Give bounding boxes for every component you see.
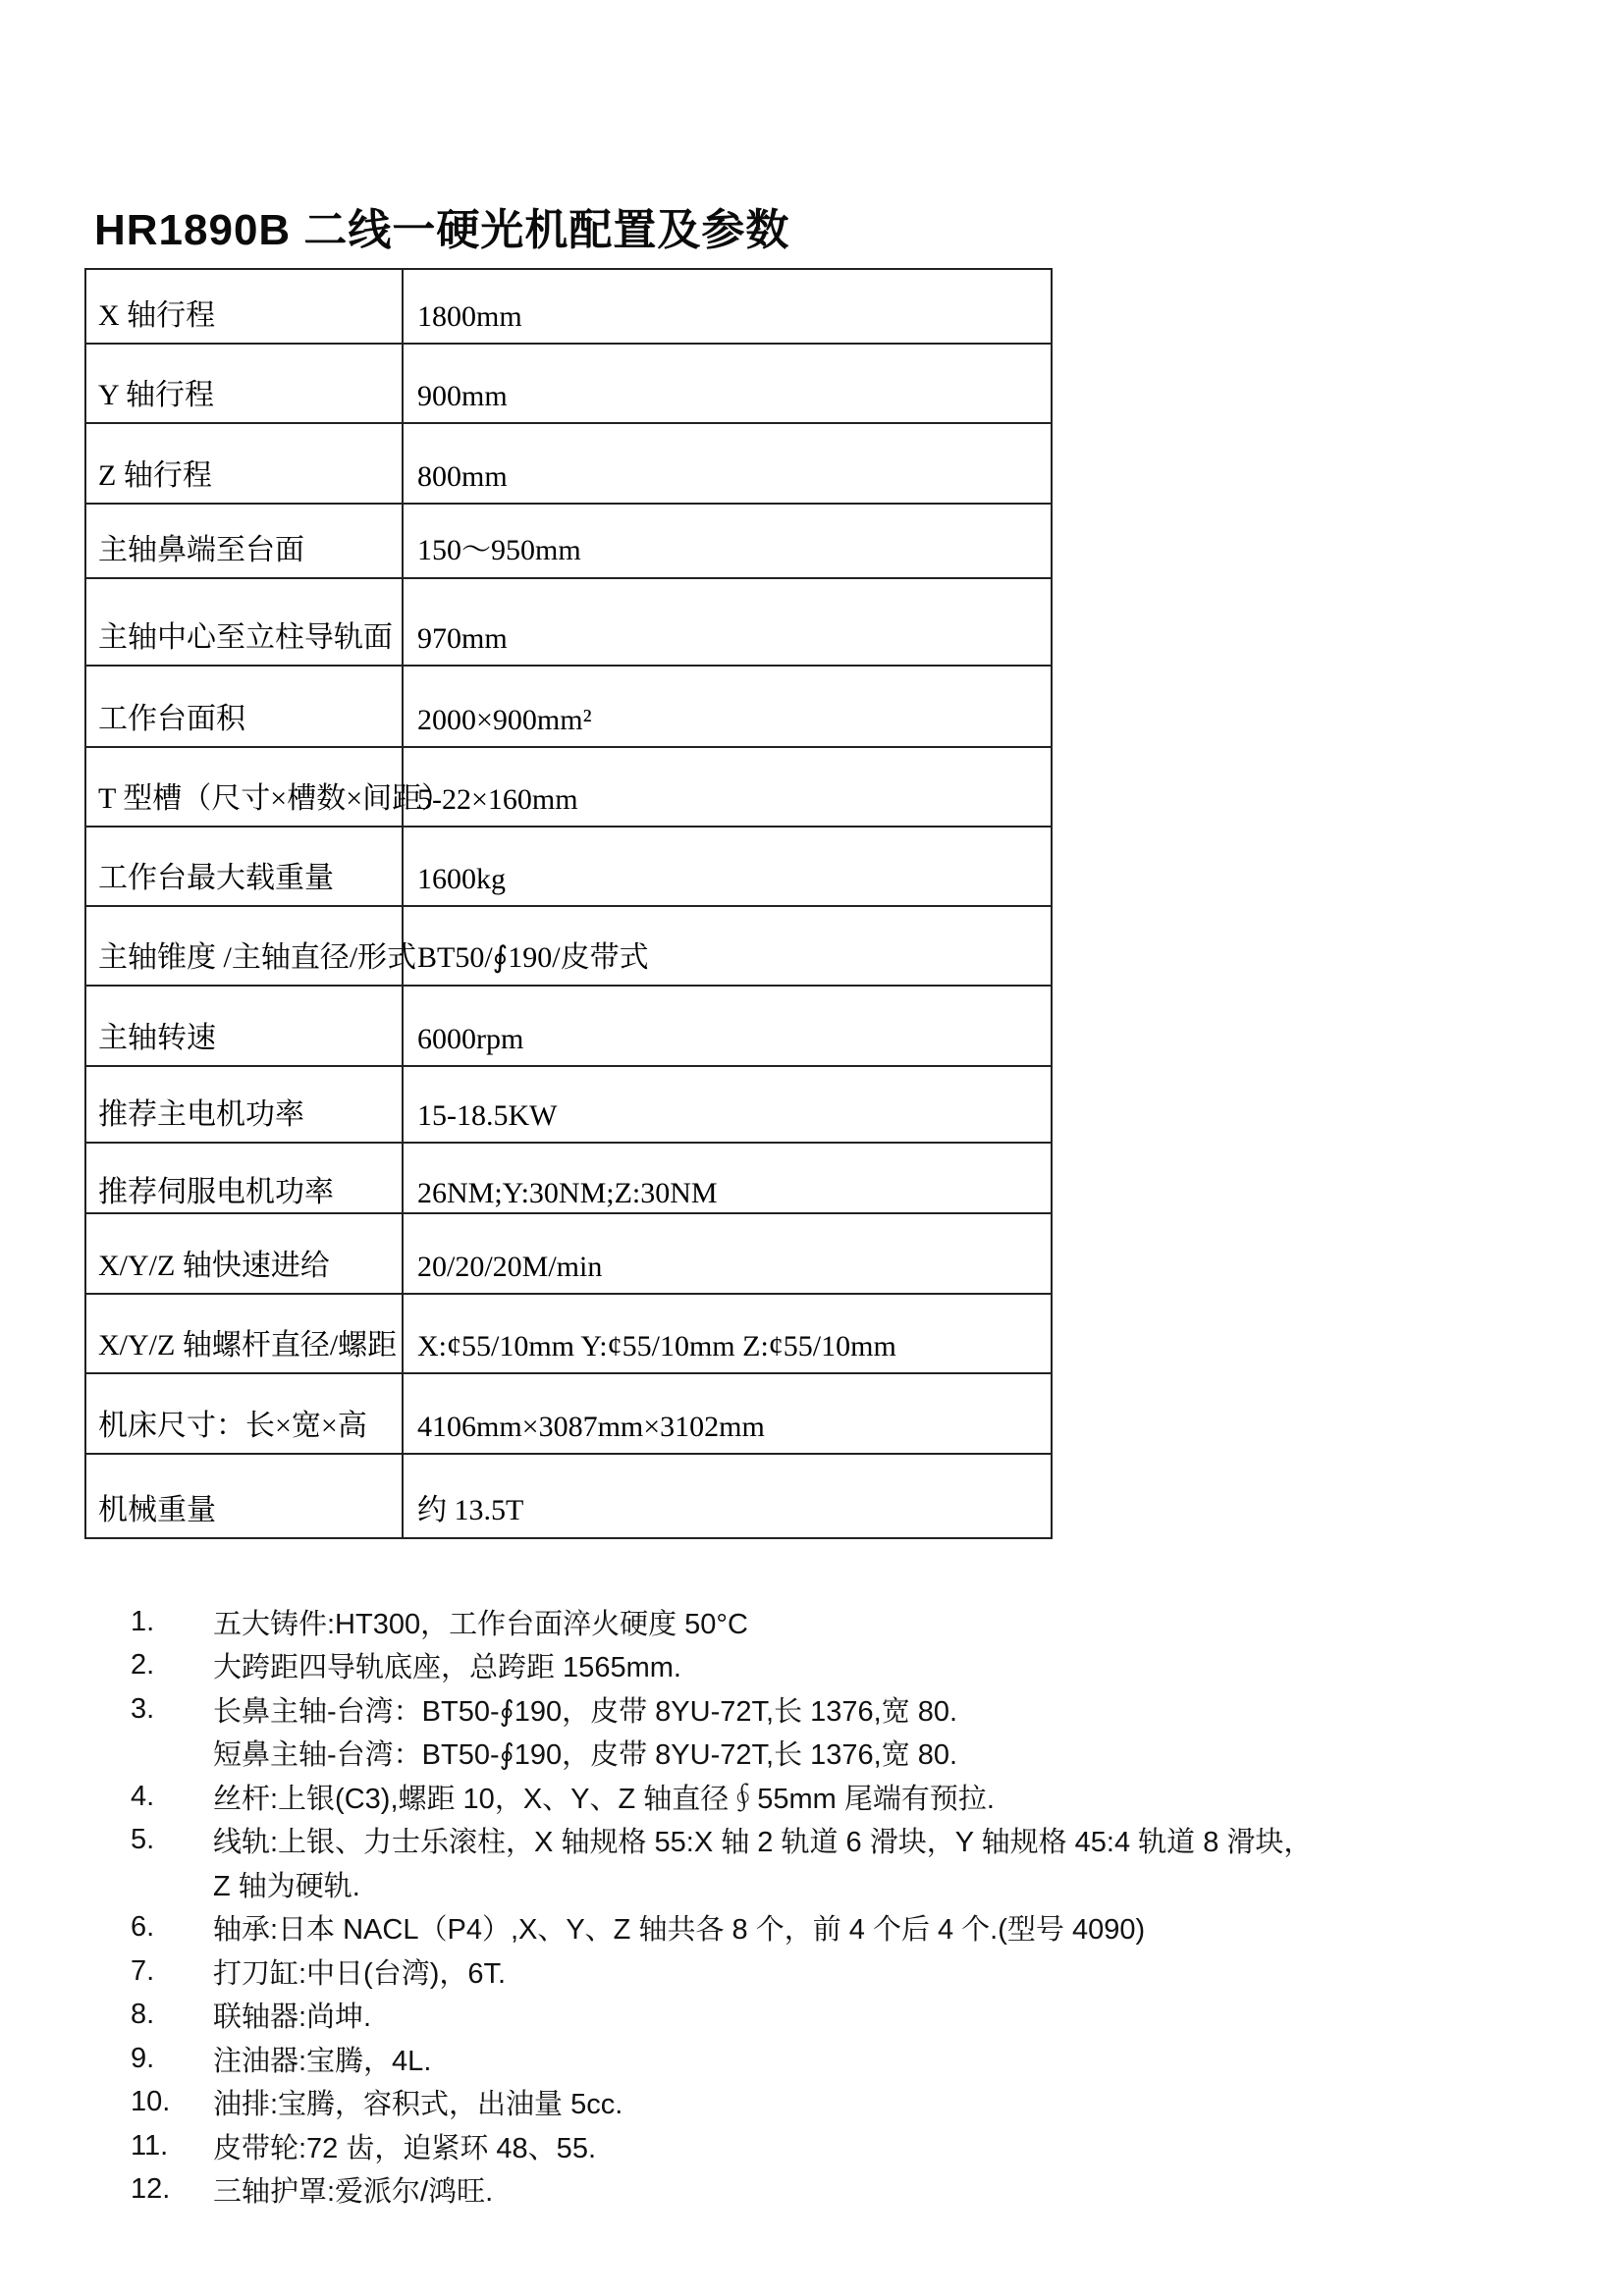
list-item: 8. 联轴器:尚坤. — [131, 1994, 1312, 2038]
spec-value: 1800mm — [404, 270, 1051, 343]
spec-value: BT50/∮190/皮带式 — [404, 907, 1051, 985]
spec-value: 970mm — [404, 579, 1051, 665]
spec-label: 工作台面积 — [86, 667, 404, 746]
note-text: 注油器:宝腾，4L. — [213, 2039, 431, 2079]
spec-label: X 轴行程 — [86, 270, 404, 343]
table-row: 主轴锥度 /主轴直径/形式 BT50/∮190/皮带式 — [86, 907, 1051, 987]
note-text: 长鼻主轴-台湾：BT50-∮190，皮带 8YU-72T,长 1376,宽 80… — [213, 1689, 957, 1730]
spec-label: 主轴中心至立柱导轨面 — [86, 579, 404, 665]
spec-label: 主轴鼻端至台面 — [86, 505, 404, 577]
spec-value: 20/20/20M/min — [404, 1214, 1051, 1293]
table-row: 工作台面积 2000×900mm² — [86, 667, 1051, 748]
spec-label: 机床尺寸：长×宽×高 — [86, 1374, 404, 1453]
table-row: 主轴中心至立柱导轨面 970mm — [86, 579, 1051, 667]
spec-value: 15-18.5KW — [404, 1067, 1051, 1142]
table-row: X 轴行程 1800mm — [86, 270, 1051, 345]
note-number: 7. — [131, 1955, 213, 1988]
note-number: 1. — [131, 1606, 213, 1638]
spec-label: X/Y/Z 轴螺杆直径/螺距 — [86, 1295, 404, 1372]
table-row: 主轴鼻端至台面 150～950mm — [86, 505, 1051, 579]
note-text: 皮带轮:72 齿，迫紧环 48、55. — [213, 2126, 596, 2166]
spec-value: 150～950mm — [404, 505, 1051, 577]
note-number: 5. — [131, 1824, 213, 1856]
list-item-continuation: Z 轴为硬轨. — [131, 1862, 1312, 1906]
spec-value: 约 13.5T — [404, 1455, 1051, 1537]
spec-label: 工作台最大载重量 — [86, 828, 404, 905]
table-row: 推荐主电机功率 15-18.5KW — [86, 1067, 1051, 1144]
spec-label: X/Y/Z 轴快速进给 — [86, 1214, 404, 1293]
list-item-continuation: 短鼻主轴-台湾：BT50-∮190，皮带 8YU-72T,长 1376,宽 80… — [131, 1732, 1312, 1776]
spec-value: 900mm — [404, 345, 1051, 422]
note-number: 11. — [131, 2130, 213, 2163]
spec-label: 主轴转速 — [86, 987, 404, 1065]
table-row: 主轴转速 6000rpm — [86, 987, 1051, 1067]
spec-value: 2000×900mm² — [404, 667, 1051, 746]
note-text: Z 轴为硬轨. — [213, 1864, 360, 1904]
note-text: 油排:宝腾，容积式，出油量 5cc. — [213, 2082, 623, 2122]
note-number: 2. — [131, 1649, 213, 1682]
note-text: 联轴器:尚坤. — [213, 1995, 371, 2035]
list-item: 1. 五大铸件:HT300，工作台面淬火硬度 50°C — [131, 1600, 1312, 1644]
note-text: 五大铸件:HT300，工作台面淬火硬度 50°C — [213, 1602, 748, 1642]
note-number: 9. — [131, 2043, 213, 2075]
table-row: Y 轴行程 900mm — [86, 345, 1051, 424]
spec-label: T 型槽（尺寸×槽数×间距） — [86, 748, 404, 826]
table-row: T 型槽（尺寸×槽数×间距） 5-22×160mm — [86, 748, 1051, 828]
note-text: 三轴护罩:爱派尔/鸿旺. — [213, 2169, 493, 2210]
list-item: 11. 皮带轮:72 齿，迫紧环 48、55. — [131, 2124, 1312, 2168]
table-row: 机床尺寸：长×宽×高 4106mm×3087mm×3102mm — [86, 1374, 1051, 1455]
spec-label: 推荐主电机功率 — [86, 1067, 404, 1142]
spec-value: 1600kg — [404, 828, 1051, 905]
table-row: Z 轴行程 800mm — [86, 424, 1051, 505]
note-text: 短鼻主轴-台湾：BT50-∮190，皮带 8YU-72T,长 1376,宽 80… — [213, 1733, 957, 1773]
table-row: X/Y/Z 轴快速进给 20/20/20M/min — [86, 1214, 1051, 1295]
list-item: 10. 油排:宝腾，容积式，出油量 5cc. — [131, 2081, 1312, 2125]
table-row: 推荐伺服电机功率 26NM;Y:30NM;Z:30NM — [86, 1144, 1051, 1214]
spec-value: 26NM;Y:30NM;Z:30NM — [404, 1144, 1051, 1212]
table-row: 机械重量 约 13.5T — [86, 1455, 1051, 1537]
list-item: 6. 轴承:日本 NACL（P4）,X、Y、Z 轴共各 8 个，前 4 个后 4… — [131, 1906, 1312, 1950]
spec-label: Y 轴行程 — [86, 345, 404, 422]
spec-value: 4106mm×3087mm×3102mm — [404, 1374, 1051, 1453]
spec-label: 主轴锥度 /主轴直径/形式 — [86, 907, 404, 985]
list-item: 12. 三轴护罩:爱派尔/鸿旺. — [131, 2168, 1312, 2213]
note-number: 3. — [131, 1693, 213, 1726]
spec-value: 5-22×160mm — [404, 748, 1051, 826]
list-item: 3. 长鼻主轴-台湾：BT50-∮190，皮带 8YU-72T,长 1376,宽… — [131, 1687, 1312, 1732]
list-item: 7. 打刀缸:中日(台湾)，6T. — [131, 1949, 1312, 1994]
note-text: 线轨:上银、力士乐滚柱，X 轴规格 55:X 轴 2 轨道 6 滑块，Y 轴规格… — [213, 1820, 1312, 1860]
spec-value: 6000rpm — [404, 987, 1051, 1065]
note-text: 大跨距四导轨底座，总跨距 1565mm. — [213, 1645, 681, 1685]
spec-label: 推荐伺服电机功率 — [86, 1144, 404, 1212]
spec-value: 800mm — [404, 424, 1051, 503]
notes-list: 1. 五大铸件:HT300，工作台面淬火硬度 50°C 2. 大跨距四导轨底座，… — [131, 1600, 1312, 2212]
document-page: HR1890B 二线一硬光机配置及参数 X 轴行程 1800mm Y 轴行程 9… — [0, 0, 1624, 2296]
note-number: 10. — [131, 2086, 213, 2118]
note-text: 丝杆:上银(C3),螺距 10，X、Y、Z 轴直径∮55mm 尾端有预拉. — [213, 1777, 995, 1817]
note-number: 8. — [131, 1999, 213, 2031]
spec-label: 机械重量 — [86, 1455, 404, 1537]
list-item: 9. 注油器:宝腾，4L. — [131, 2037, 1312, 2081]
note-text: 轴承:日本 NACL（P4）,X、Y、Z 轴共各 8 个，前 4 个后 4 个.… — [213, 1907, 1145, 1948]
list-item: 4. 丝杆:上银(C3),螺距 10，X、Y、Z 轴直径∮55mm 尾端有预拉. — [131, 1775, 1312, 1819]
list-item: 5. 线轨:上银、力士乐滚柱，X 轴规格 55:X 轴 2 轨道 6 滑块，Y … — [131, 1819, 1312, 1863]
spec-value: X:¢55/10mm Y:¢55/10mm Z:¢55/10mm — [404, 1295, 1051, 1372]
note-number: 12. — [131, 2173, 213, 2206]
note-number: 6. — [131, 1911, 213, 1944]
spec-table: X 轴行程 1800mm Y 轴行程 900mm Z 轴行程 800mm 主轴鼻… — [84, 268, 1053, 1539]
note-number: 4. — [131, 1781, 213, 1813]
table-row: X/Y/Z 轴螺杆直径/螺距 X:¢55/10mm Y:¢55/10mm Z:¢… — [86, 1295, 1051, 1374]
list-item: 2. 大跨距四导轨底座，总跨距 1565mm. — [131, 1644, 1312, 1688]
spec-label: Z 轴行程 — [86, 424, 404, 503]
table-row: 工作台最大载重量 1600kg — [86, 828, 1051, 907]
note-text: 打刀缸:中日(台湾)，6T. — [213, 1951, 506, 1992]
page-title: HR1890B 二线一硬光机配置及参数 — [94, 194, 789, 257]
